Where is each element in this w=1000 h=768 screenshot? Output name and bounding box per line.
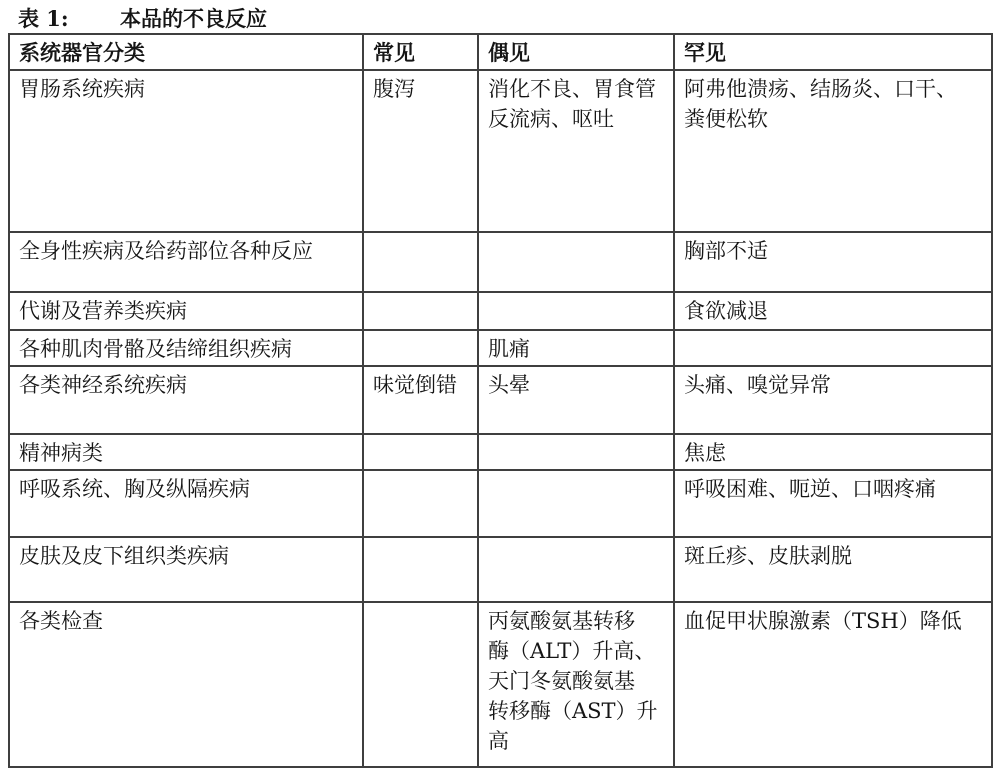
table-header-row: 系统器官分类 常见 偶见 罕见 <box>9 34 992 70</box>
cell-system-organ-class: 皮肤及皮下组织类疾病 <box>9 537 363 602</box>
cell-uncommon <box>478 470 674 537</box>
cell-system-organ-class: 各种肌肉骨骼及结缔组织疾病 <box>9 330 363 366</box>
cell-common <box>363 434 478 470</box>
table-row: 代谢及营养类疾病食欲减退 <box>9 292 992 330</box>
table-row: 各类神经系统疾病味觉倒错头晕头痛、嗅觉异常 <box>9 366 992 434</box>
cell-system-organ-class: 代谢及营养类疾病 <box>9 292 363 330</box>
cell-rare: 焦虑 <box>674 434 992 470</box>
cell-rare: 血促甲状腺激素（TSH）降低 <box>674 602 992 767</box>
table-title: 表 1: 本品的不良反应 <box>8 7 992 30</box>
cell-system-organ-class: 胃肠系统疾病 <box>9 70 363 232</box>
header-uncommon: 偶见 <box>478 34 674 70</box>
cell-rare <box>674 330 992 366</box>
cell-uncommon <box>478 434 674 470</box>
cell-common <box>363 470 478 537</box>
cell-rare: 阿弗他溃疡、结肠炎、口干、 粪便松软 <box>674 70 992 232</box>
cell-rare: 呼吸困难、呃逆、口咽疼痛 <box>674 470 992 537</box>
cell-uncommon: 丙氨酸氨基转移 酶（ALT）升高、 天门冬氨酸氨基 转移酶（AST）升 高 <box>478 602 674 767</box>
table-row: 呼吸系统、胸及纵隔疾病呼吸困难、呃逆、口咽疼痛 <box>9 470 992 537</box>
table-caption: 本品的不良反应 <box>120 6 267 31</box>
cell-common <box>363 330 478 366</box>
cell-common: 腹泻 <box>363 70 478 232</box>
cell-rare: 头痛、嗅觉异常 <box>674 366 992 434</box>
table-row: 精神病类焦虑 <box>9 434 992 470</box>
cell-uncommon: 消化不良、胃食管 反流病、呕吐 <box>478 70 674 232</box>
header-system-organ-class: 系统器官分类 <box>9 34 363 70</box>
cell-rare: 斑丘疹、皮肤剥脱 <box>674 537 992 602</box>
table-row: 各种肌肉骨骼及结缔组织疾病肌痛 <box>9 330 992 366</box>
table-number-label: 表 1: <box>18 7 69 30</box>
cell-uncommon: 肌痛 <box>478 330 674 366</box>
cell-uncommon <box>478 232 674 292</box>
cell-system-organ-class: 呼吸系统、胸及纵隔疾病 <box>9 470 363 537</box>
header-rare: 罕见 <box>674 34 992 70</box>
cell-uncommon <box>478 292 674 330</box>
table-row: 全身性疾病及给药部位各种反应胸部不适 <box>9 232 992 292</box>
cell-common <box>363 292 478 330</box>
cell-common: 味觉倒错 <box>363 366 478 434</box>
table-row: 皮肤及皮下组织类疾病斑丘疹、皮肤剥脱 <box>9 537 992 602</box>
cell-common <box>363 537 478 602</box>
cell-rare: 食欲减退 <box>674 292 992 330</box>
cell-common <box>363 602 478 767</box>
cell-rare: 胸部不适 <box>674 232 992 292</box>
cell-system-organ-class: 精神病类 <box>9 434 363 470</box>
cell-uncommon <box>478 537 674 602</box>
header-common: 常见 <box>363 34 478 70</box>
adverse-reactions-table: 系统器官分类 常见 偶见 罕见 胃肠系统疾病腹泻消化不良、胃食管 反流病、呕吐阿… <box>8 33 993 768</box>
table-row: 各类检查丙氨酸氨基转移 酶（ALT）升高、 天门冬氨酸氨基 转移酶（AST）升 … <box>9 602 992 767</box>
document-page: 表 1: 本品的不良反应 系统器官分类 常见 偶见 罕见 胃肠系统疾病腹泻消化不… <box>0 0 1000 768</box>
table-row: 胃肠系统疾病腹泻消化不良、胃食管 反流病、呕吐阿弗他溃疡、结肠炎、口干、 粪便松… <box>9 70 992 232</box>
cell-uncommon: 头晕 <box>478 366 674 434</box>
table-body: 胃肠系统疾病腹泻消化不良、胃食管 反流病、呕吐阿弗他溃疡、结肠炎、口干、 粪便松… <box>9 70 992 767</box>
cell-system-organ-class: 全身性疾病及给药部位各种反应 <box>9 232 363 292</box>
cell-common <box>363 232 478 292</box>
cell-system-organ-class: 各类检查 <box>9 602 363 767</box>
cell-system-organ-class: 各类神经系统疾病 <box>9 366 363 434</box>
